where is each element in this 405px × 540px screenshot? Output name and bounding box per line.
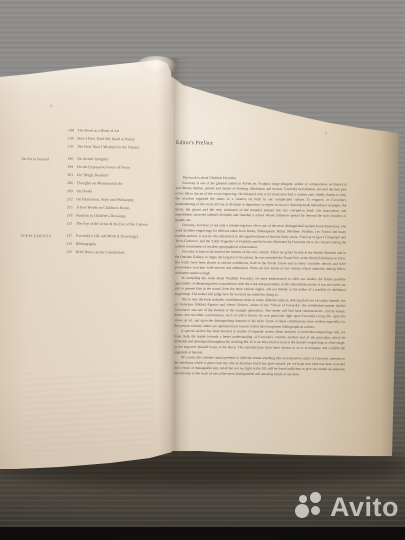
page-showthrough-texture <box>24 371 155 453</box>
toc-section-label: SUPPLEMENTS <box>21 234 52 238</box>
toc-entry-page-number: 190 <box>61 136 74 140</box>
toc-section: On Art in General 196 On Artistic Integr… <box>13 155 174 230</box>
toc-entry-title: Realism in Children's Drawings <box>76 213 125 218</box>
preface-paragraph: Favorsky, however, is not only a master … <box>175 223 346 251</box>
avito-watermark: Avito <box>295 492 399 524</box>
preface-paragraph: Favorsky is one of the greatest names in… <box>175 180 346 224</box>
toc-entry-title: A Few Words on Children's Books <box>76 205 130 210</box>
book-photo-scene: 4 188 The Book as a Work of Art 190 How … <box>0 0 405 540</box>
right-page-number: 7 <box>325 131 327 136</box>
toc-entry-title: On "Magic Realism" <box>77 172 109 177</box>
toc-section: SUPPLEMENTS 227 Favorsky's Life and Work… <box>12 232 173 259</box>
table-of-contents-list: 188 The Book as a Work of Art 190 How I … <box>12 127 174 259</box>
preface-heading: Editor's Preface <box>176 139 347 147</box>
toc-entry-page-number: 199 <box>61 165 74 169</box>
toc-entry-title: On Illustration, Style and Philosophy <box>76 197 134 202</box>
preface-paragraph: In compiling this book about Vladimir Fa… <box>175 276 346 299</box>
toc-section-label: On Art in General <box>22 157 49 161</box>
toc-entry-page-number: 196 <box>61 156 74 160</box>
toc-entry-page-number: 218 <box>60 213 73 217</box>
avito-logo-icon <box>295 492 325 524</box>
toc-entry-page-number: 206 <box>60 181 73 185</box>
editors-preface: Editor's Preface This book is about Vlad… <box>176 139 347 437</box>
toc-entry-page-number: 233 <box>60 241 73 245</box>
toc-entry-title: On Artistic Integrity <box>77 156 108 161</box>
toc-entry-page-number: 209 <box>60 189 73 193</box>
toc-entry-page-number: 215 <box>60 205 73 209</box>
toc-entry-title: The First Time I Worked for the Theatre <box>77 144 139 149</box>
toc-section: 188 The Book as a Work of Art 190 How I … <box>14 127 175 154</box>
table-of-contents: 188 The Book as a Work of Art 190 How I … <box>14 127 174 260</box>
toc-entry: 193 The First Time I Worked for the Thea… <box>14 143 174 153</box>
toc-entry-title: How I First Tried My Hand at Poetry <box>77 136 135 141</box>
left-page-number: 4 <box>50 103 52 108</box>
preface-body: This book is about Vladimir Favorsky.Fav… <box>174 175 347 377</box>
toc-entry-page-number: 212 <box>60 197 73 201</box>
toc-entry-page-number: 188 <box>61 128 74 132</box>
editors-preface-text: Editor's Preface This book is about Vlad… <box>173 139 347 439</box>
toc-entry-title: Favorsky's Life and Work (Chronology) <box>76 233 138 238</box>
preface-paragraph: Of course, this volume cannot pretend to… <box>174 355 345 378</box>
toc-entry-title: The Eye of the Artist & the Eye of the C… <box>76 221 148 227</box>
preface-paragraph: Favorsky is known far beyond the borders… <box>175 249 346 277</box>
toc-entry: 235 Brief Notes on the Contributors <box>12 248 172 258</box>
avito-watermark-label: Avito <box>330 492 399 522</box>
photo-bottom-black-bar <box>0 527 405 540</box>
toc-entry-page-number: 203 <box>61 173 74 177</box>
preface-paragraph: This is why the book includes contributi… <box>174 297 345 330</box>
toc-entry-page-number: 235 <box>59 250 72 254</box>
toc-entry-page-number: 221 <box>60 221 73 225</box>
toc-entry-title: The Book as a Work of Art <box>77 128 119 133</box>
toc-entry-title: Thoughts on Monumental Art <box>77 181 123 186</box>
toc-entry-page-number: 193 <box>61 144 74 148</box>
toc-entry-title: On the Expressive Power of Form <box>77 164 130 169</box>
toc-entry-page-number: 227 <box>60 233 73 237</box>
toc-entry-title: Brief Notes on the Contributors <box>76 249 125 254</box>
toc-entry-title: On Books <box>77 189 93 194</box>
toc-entry: 221 The Eye of the Artist & the Eye of t… <box>13 220 173 230</box>
toc-entry-title: Bibliography <box>76 241 96 246</box>
preface-paragraph: A special section has been devoted to st… <box>174 329 345 357</box>
